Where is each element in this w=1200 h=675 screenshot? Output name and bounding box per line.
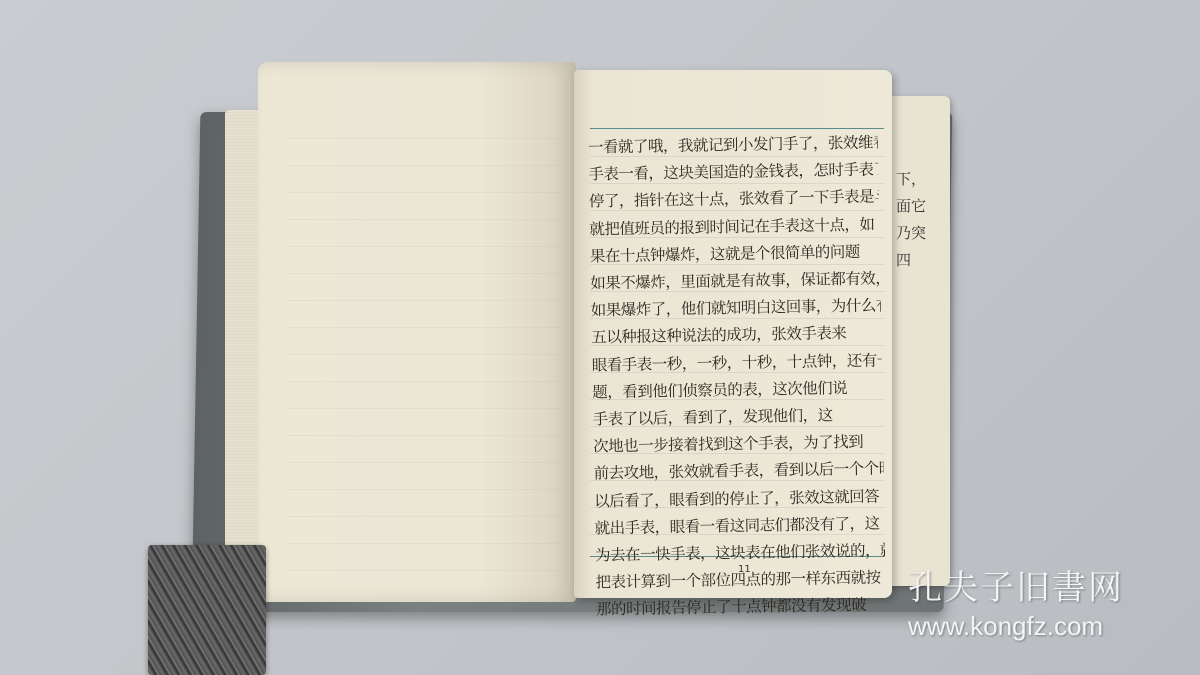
right-page: 一看就了哦，我就记到小发门手了，张效维看 手表一看，这块美国造的金钱表，怎时手表…	[574, 70, 892, 598]
marble-bookmark	[148, 545, 266, 675]
handwritten-text: 一看就了哦，我就记到小发门手了，张效维看 手表一看，这块美国造的金钱表，怎时手表…	[588, 130, 887, 625]
text-line: 那的时间报告停止了十点钟都没有发现破	[596, 592, 886, 624]
watermark-site-name: 孔夫子旧書网	[908, 560, 1124, 609]
watermark-url: www.kongfz.com	[908, 611, 1124, 642]
underlying-page-text: 下，面它乃突四	[896, 166, 936, 274]
watermark: 孔夫子旧書网 www.kongfz.com	[908, 560, 1124, 642]
page-number: 11	[738, 564, 751, 575]
left-page	[258, 62, 576, 602]
top-rule-line	[590, 128, 884, 129]
left-page-ruling	[288, 112, 558, 572]
text-line: 题，看到他们侦察员的表，这次他们说	[592, 374, 882, 406]
underlying-page: 下，面它乃突四	[888, 96, 950, 586]
